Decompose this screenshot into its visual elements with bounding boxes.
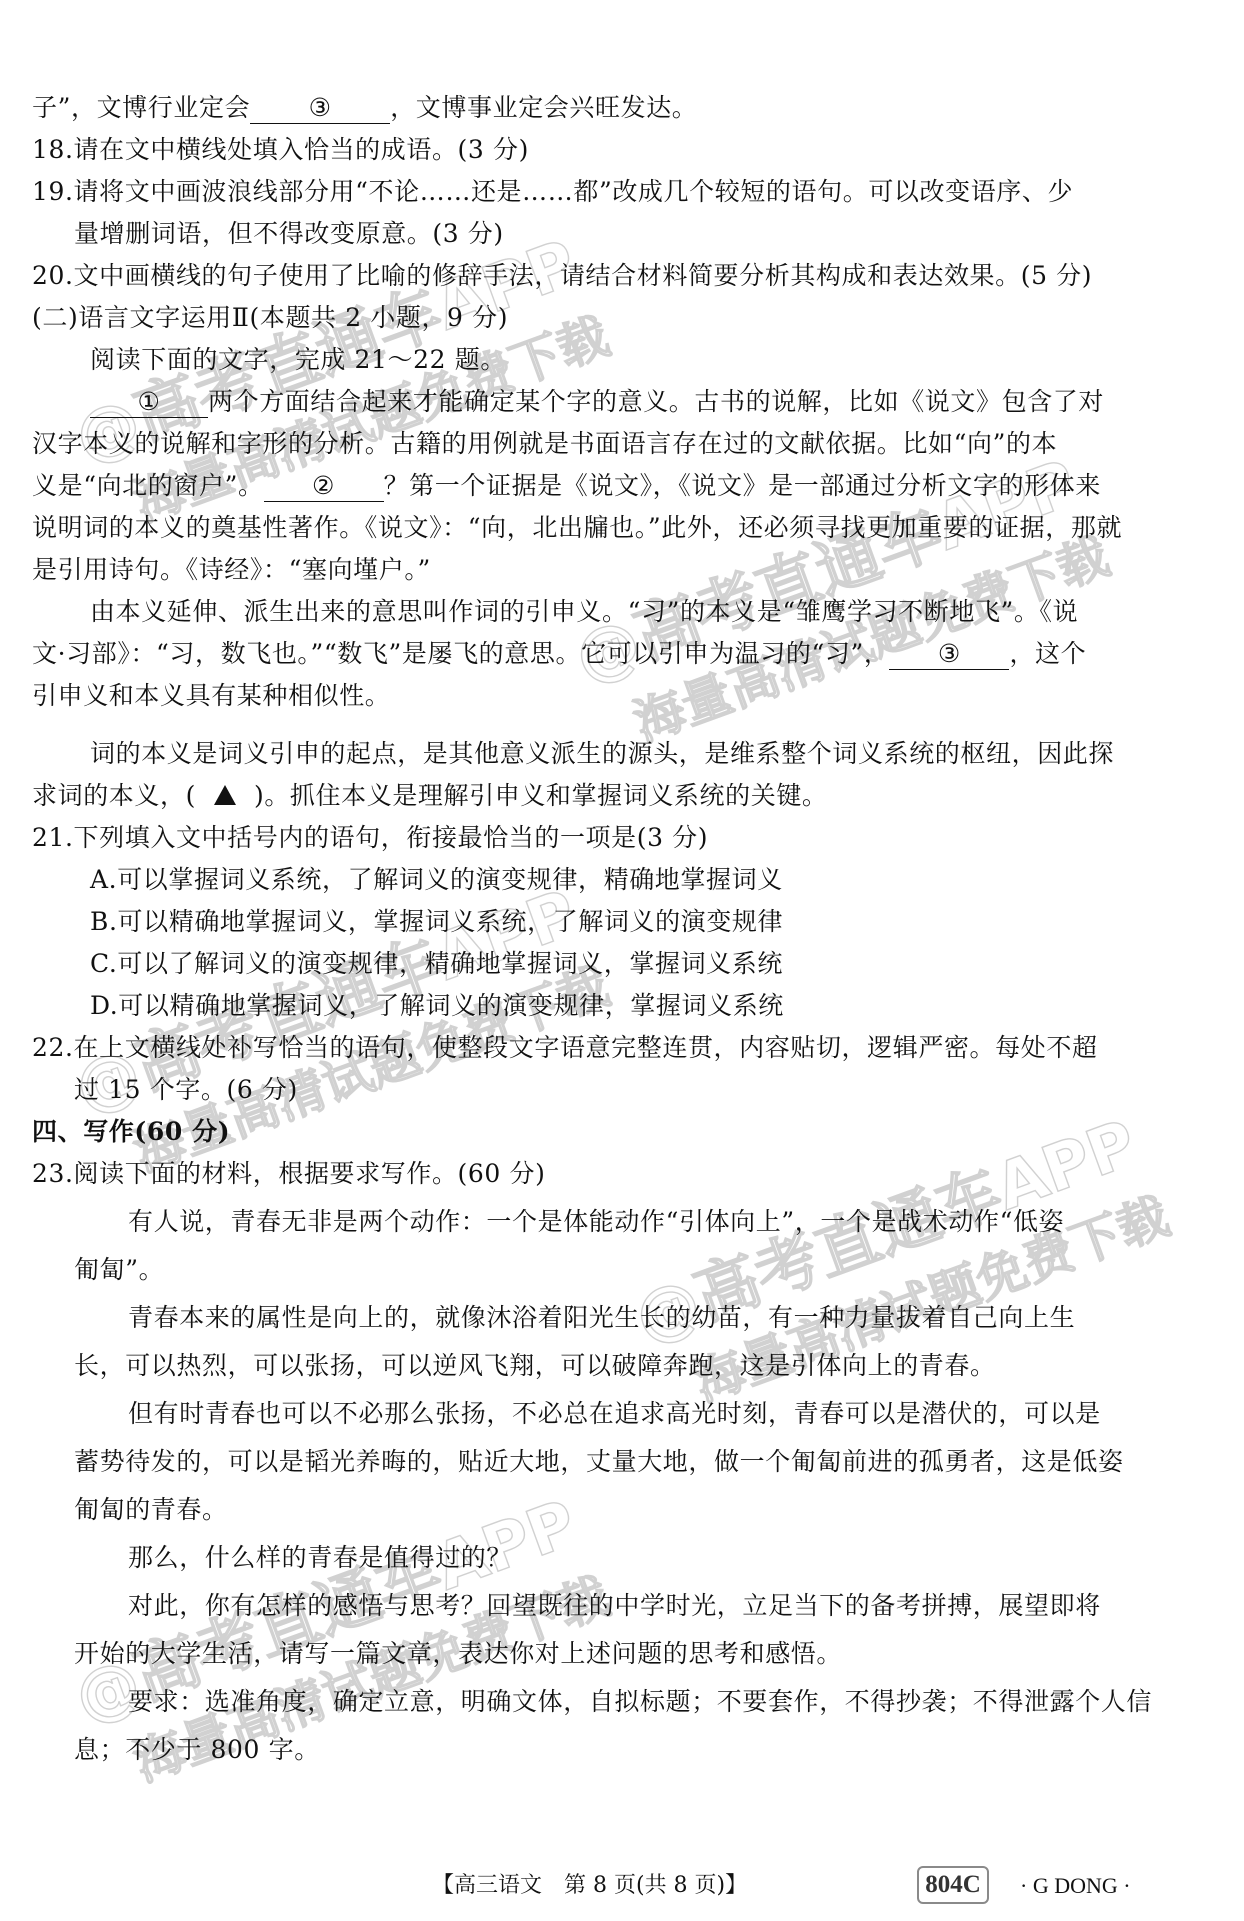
- option-a: A.可以掌握词义系统，了解词义的演变规律，精确地掌握词义: [90, 859, 783, 901]
- fill-blank-1: ①: [90, 387, 208, 418]
- material-line: 长，可以热烈，可以张扬，可以逆风飞翔，可以破障奔跑，这是引体向上的青春。: [74, 1345, 996, 1387]
- passage-line: 文·习部》：“习，数飞也。”“数飞”是屡飞的意思。它可以引申为温习的“习”，③，…: [32, 633, 1086, 675]
- triangle-placeholder-icon: [214, 785, 236, 805]
- text-segment: ？第一个证据是《说文》，《说文》是一部通过分析文字的形体来: [384, 471, 1101, 500]
- brand-label: · G DONG ·: [1020, 1866, 1131, 1906]
- exam-page: @高考直通车APP 海量高清试题免费下载 @高考直通车APP 海量高清试题免费下…: [0, 0, 1244, 1921]
- option-b: B.可以精确地掌握词义，掌握词义系统，了解词义的演变规律: [90, 901, 783, 943]
- passage-line: 说明词的本义的奠基性著作。《说文》：“向，北出牖也。”此外，还必须寻找更加重要的…: [32, 507, 1122, 549]
- material-line: 开始的大学生活，请写一篇文章，表达你对上述问题的思考和感悟。: [74, 1633, 842, 1675]
- text-segment: 子”，文博行业定会: [32, 93, 250, 122]
- fill-blank-3: ③: [250, 93, 390, 124]
- section-heading-2: (二)语言文字运用Ⅱ(本题共 2 小题，9 分): [32, 297, 508, 339]
- passage-line: 词的本义是词义引申的起点，是其他意义派生的源头，是维系整个词义系统的枢纽，因此探: [90, 733, 1114, 775]
- question-19: 19.请将文中画波浪线部分用“不论……还是……都”改成几个较短的语句。可以改变语…: [32, 171, 1073, 213]
- question-23: 23.阅读下面的材料，根据要求写作。(60 分): [32, 1153, 545, 1195]
- passage-line: 是引用诗句。《诗经》：“塞向墐户。”: [32, 549, 431, 591]
- option-d: D.可以精确地掌握词义，了解词义的演变规律，掌握词义系统: [90, 985, 784, 1027]
- reading-instruction: 阅读下面的文字，完成 21～22 题。: [90, 339, 506, 381]
- fill-blank-2: ②: [264, 471, 384, 502]
- page-footer-label: 【高三语文 第 8 页(共 8 页)】: [432, 1866, 747, 1906]
- question-22-cont: 过 15 个字。(6 分): [74, 1069, 298, 1111]
- text-segment: ，这个: [1009, 639, 1086, 668]
- passage-line: 汉字本义的说解和字形的分析。古籍的用例就是书面语言存在过的文献依据。比如“向”的…: [32, 423, 1057, 465]
- material-line: 但有时青春也可以不必那么张扬，不必总在追求高光时刻，青春可以是潜伏的，可以是: [128, 1393, 1101, 1435]
- fill-blank-3b: ③: [889, 639, 1009, 670]
- passage-line: ①两个方面结合起来才能确定某个字的意义。古书的说解，比如《说文》包含了对: [90, 381, 1104, 423]
- passage-line: 由本义延伸、派生出来的意思叫作词的引申义。“习”的本义是“雏鹰学习不断地飞”。《…: [90, 591, 1078, 633]
- passage-line: 求词的本义，()。抓住本义是理解引申义和掌握词义系统的关键。: [32, 775, 828, 817]
- question-19-cont: 量增删词语，但不得改变原意。(3 分): [74, 213, 504, 255]
- section-heading-writing: 四、写作(60 分): [32, 1111, 230, 1153]
- paper-code-badge: 804C: [917, 1866, 989, 1904]
- material-line: 对此，你有怎样的感悟与思考？回望既往的中学时光，立足当下的备考拼搏，展望即将: [128, 1585, 1101, 1627]
- material-line: 匍匐”。: [74, 1249, 164, 1291]
- requirements-line: 息；不少于 800 字。: [74, 1729, 320, 1771]
- text-segment: 两个方面结合起来才能确定某个字的意义。古书的说解，比如《说文》包含了对: [208, 387, 1104, 416]
- material-line: 蓄势待发的，可以是韬光养晦的，贴近大地，丈量大地，做一个匍匐前进的孤勇者，这是低…: [74, 1441, 1124, 1483]
- text-segment: 求词的本义，(: [32, 781, 196, 810]
- material-line: 青春本来的属性是向上的，就像沐浴着阳光生长的幼苗，有一种力量拔着自己向上生: [128, 1297, 1075, 1339]
- text-segment: )。抓住本义是理解引申义和掌握词义系统的关键。: [254, 781, 828, 810]
- question-18: 18.请在文中横线处填入恰当的成语。(3 分): [32, 129, 529, 171]
- material-line: 匍匐的青春。: [74, 1489, 228, 1531]
- question-22: 22.在上文横线处补写恰当的语句，使整段文字语意完整连贯，内容贴切，逻辑严密。每…: [32, 1027, 1098, 1069]
- material-line: 有人说，青春无非是两个动作：一个是体能动作“引体向上”，一个是战术动作“低姿: [128, 1201, 1064, 1243]
- text-segment: ，文博事业定会兴旺发达。: [390, 93, 697, 122]
- passage-line: 引申义和本义具有某种相似性。: [32, 675, 390, 717]
- question-21: 21.下列填入文中括号内的语句，衔接最恰当的一项是(3 分): [32, 817, 708, 859]
- text-segment: 文·习部》：“习，数飞也。”“数飞”是屡飞的意思。它可以引申为温习的“习”，: [32, 639, 889, 668]
- passage-line: 子”，文博行业定会③，文博事业定会兴旺发达。: [32, 87, 697, 129]
- passage-line: 义是“向北的窗户”。②？第一个证据是《说文》，《说文》是一部通过分析文字的形体来: [32, 465, 1101, 507]
- requirements-line: 要求：选准角度，确定立意，明确文体，自拟标题；不要套作，不得抄袭；不得泄露个人信: [128, 1681, 1152, 1723]
- material-line: 那么，什么样的青春是值得过的？: [128, 1537, 512, 1579]
- text-segment: 义是“向北的窗户”。: [32, 471, 264, 500]
- question-20: 20.文中画横线的句子使用了比喻的修辞手法，请结合材料简要分析其构成和表达效果。…: [32, 255, 1092, 297]
- option-c: C.可以了解词义的演变规律，精确地掌握词义，掌握词义系统: [90, 943, 783, 985]
